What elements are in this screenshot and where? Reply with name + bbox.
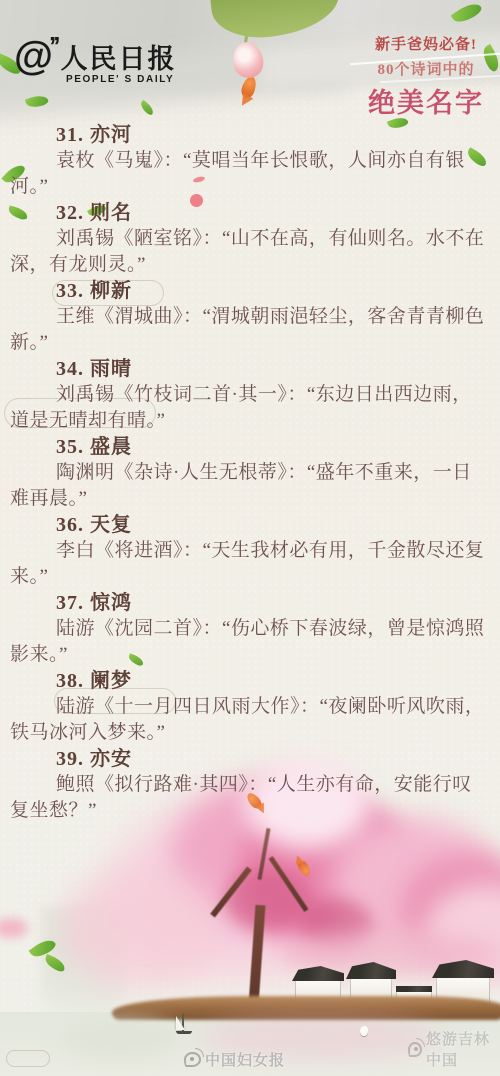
- weibo-watermark-left: 中国妇女报: [184, 1049, 285, 1070]
- logo-subtitle: PEOPLE' S DAILY: [66, 74, 177, 85]
- item-number: 32.: [56, 202, 84, 224]
- item-number: 35.: [56, 436, 84, 458]
- name-heading: 33.柳新: [56, 278, 490, 304]
- item-number: 36.: [56, 514, 84, 536]
- item-number: 34.: [56, 358, 84, 380]
- watermark-text: 中国妇女报: [205, 1049, 285, 1070]
- house-roof: [346, 962, 396, 979]
- boat-hull: [176, 1031, 192, 1034]
- list-item: 37.惊鸿 陆游《沈园二首》：“伤心桥下春波绿，曾是惊鸿照影来。”: [10, 590, 490, 668]
- weibo-icon: [184, 1052, 201, 1067]
- poem-quote: 李白《将进酒》：“天生我材必有用，千金散尽还复来。”: [10, 538, 490, 590]
- list-item: 34.雨晴 刘禹锡《竹枝词二首·其一》：“东边日出西边雨，道是无晴却有晴。”: [10, 356, 490, 434]
- crane-bird-illustration: [360, 1026, 368, 1036]
- poem-quote: 刘禹锡《陋室铭》：“山不在高，有仙则名。水不在深，有龙则灵。”: [10, 226, 490, 278]
- quote-ticks-icon: ’’: [49, 31, 58, 62]
- poem-quote: 陆游《沈园二首》：“伤心桥下春波绿，曾是惊鸿照影来。”: [10, 616, 490, 668]
- house-roof: [432, 960, 494, 978]
- petal-smudge: [0, 918, 28, 938]
- list-item: 38.阑梦 陆游《十一月四日风雨大作》：“夜阑卧听风吹雨，铁马冰河入梦来。”: [10, 668, 490, 746]
- item-name: 柳新: [90, 280, 132, 302]
- name-heading: 31.亦河: [56, 122, 490, 148]
- item-name: 惊鸿: [90, 592, 132, 614]
- item-number: 37.: [56, 592, 84, 614]
- name-heading: 35.盛晨: [56, 434, 490, 460]
- sailboat-illustration: [176, 1014, 192, 1034]
- poem-quote: 鲍照《拟行路难·其四》：“人生亦有命，安能行叹复坐愁？”: [10, 772, 490, 824]
- item-number: 33.: [56, 280, 84, 302]
- peoples-daily-logo: @’’人民日报 PEOPLE' S DAILY: [14, 36, 177, 85]
- blossom-blob: [60, 868, 225, 988]
- name-heading: 37.惊鸿: [56, 590, 490, 616]
- list-item: 39.亦安 鲍照《拟行路难·其四》：“人生亦有命，安能行叹复坐愁？”: [10, 746, 490, 824]
- item-name: 盛晨: [90, 436, 132, 458]
- poem-quote: 陶渊明《杂诗·人生无根蒂》：“盛年不重来，一日难再晨。”: [10, 460, 490, 512]
- name-heading: 36.天复: [56, 512, 490, 538]
- weibo-icon: [408, 1042, 422, 1057]
- item-number: 39.: [56, 748, 84, 770]
- house-roof: [292, 966, 344, 981]
- names-list: 31.亦河 袁枚《马嵬》：“莫唱当年长恨歌，人间亦自有银河。” 32.则名 刘禹…: [10, 122, 490, 824]
- poem-quote: 刘禹锡《竹枝词二首·其一》：“东边日出西边雨，道是无晴却有晴。”: [10, 382, 490, 434]
- list-item: 33.柳新 王维《渭城曲》：“渭城朝雨浥轻尘，客舍青青柳色新。”: [10, 278, 490, 356]
- item-name: 阑梦: [90, 670, 132, 692]
- poem-quote: 陆游《十一月四日风雨大作》：“夜阑卧听风吹雨，铁马冰河入梦来。”: [10, 694, 490, 746]
- title-line-1: 新手爸妈必备!: [362, 33, 490, 54]
- item-name: 亦河: [90, 124, 132, 146]
- item-number: 38.: [56, 670, 84, 692]
- list-item: 35.盛晨 陶渊明《杂诗·人生无根蒂》：“盛年不重来，一日难再晨。”: [10, 434, 490, 512]
- at-symbol-icon: @: [14, 36, 53, 76]
- water-reflection: [60, 1020, 180, 1060]
- poster-canvas: @’’人民日报 PEOPLE' S DAILY 新手爸妈必备! 80个诗词中的 …: [0, 0, 500, 1076]
- name-heading: 39.亦安: [56, 746, 490, 772]
- list-item: 36.天复 李白《将进酒》：“天生我材必有用，千金散尽还复来。”: [10, 512, 490, 590]
- cloud-swirl-outline: [6, 1050, 50, 1067]
- name-heading: 38.阑梦: [56, 668, 490, 694]
- item-name: 天复: [90, 514, 132, 536]
- item-name: 亦安: [90, 748, 132, 770]
- item-name: 雨晴: [90, 358, 132, 380]
- list-item: 31.亦河 袁枚《马嵬》：“莫唱当年长恨歌，人间亦自有银河。”: [10, 122, 490, 200]
- watermark-text: 悠游吉林中国: [426, 1028, 500, 1070]
- poem-quote: 袁枚《马嵬》：“莫唱当年长恨歌，人间亦自有银河。”: [10, 148, 490, 200]
- weibo-watermark-right: 悠游吉林中国: [408, 1028, 500, 1070]
- list-item: 32.则名 刘禹锡《陋室铭》：“山不在高，有仙则名。水不在深，有龙则灵。”: [10, 200, 490, 278]
- item-name: 则名: [90, 202, 132, 224]
- title-line-3: 绝美名字: [362, 81, 490, 120]
- logo-title: 人民日报: [61, 37, 177, 76]
- name-heading: 32.则名: [56, 200, 490, 226]
- poem-quote: 王维《渭城曲》：“渭城朝雨浥轻尘，客舍青青柳色新。”: [10, 304, 490, 356]
- name-heading: 34.雨晴: [56, 356, 490, 382]
- boat-sail: [176, 1016, 185, 1030]
- item-number: 31.: [56, 124, 84, 146]
